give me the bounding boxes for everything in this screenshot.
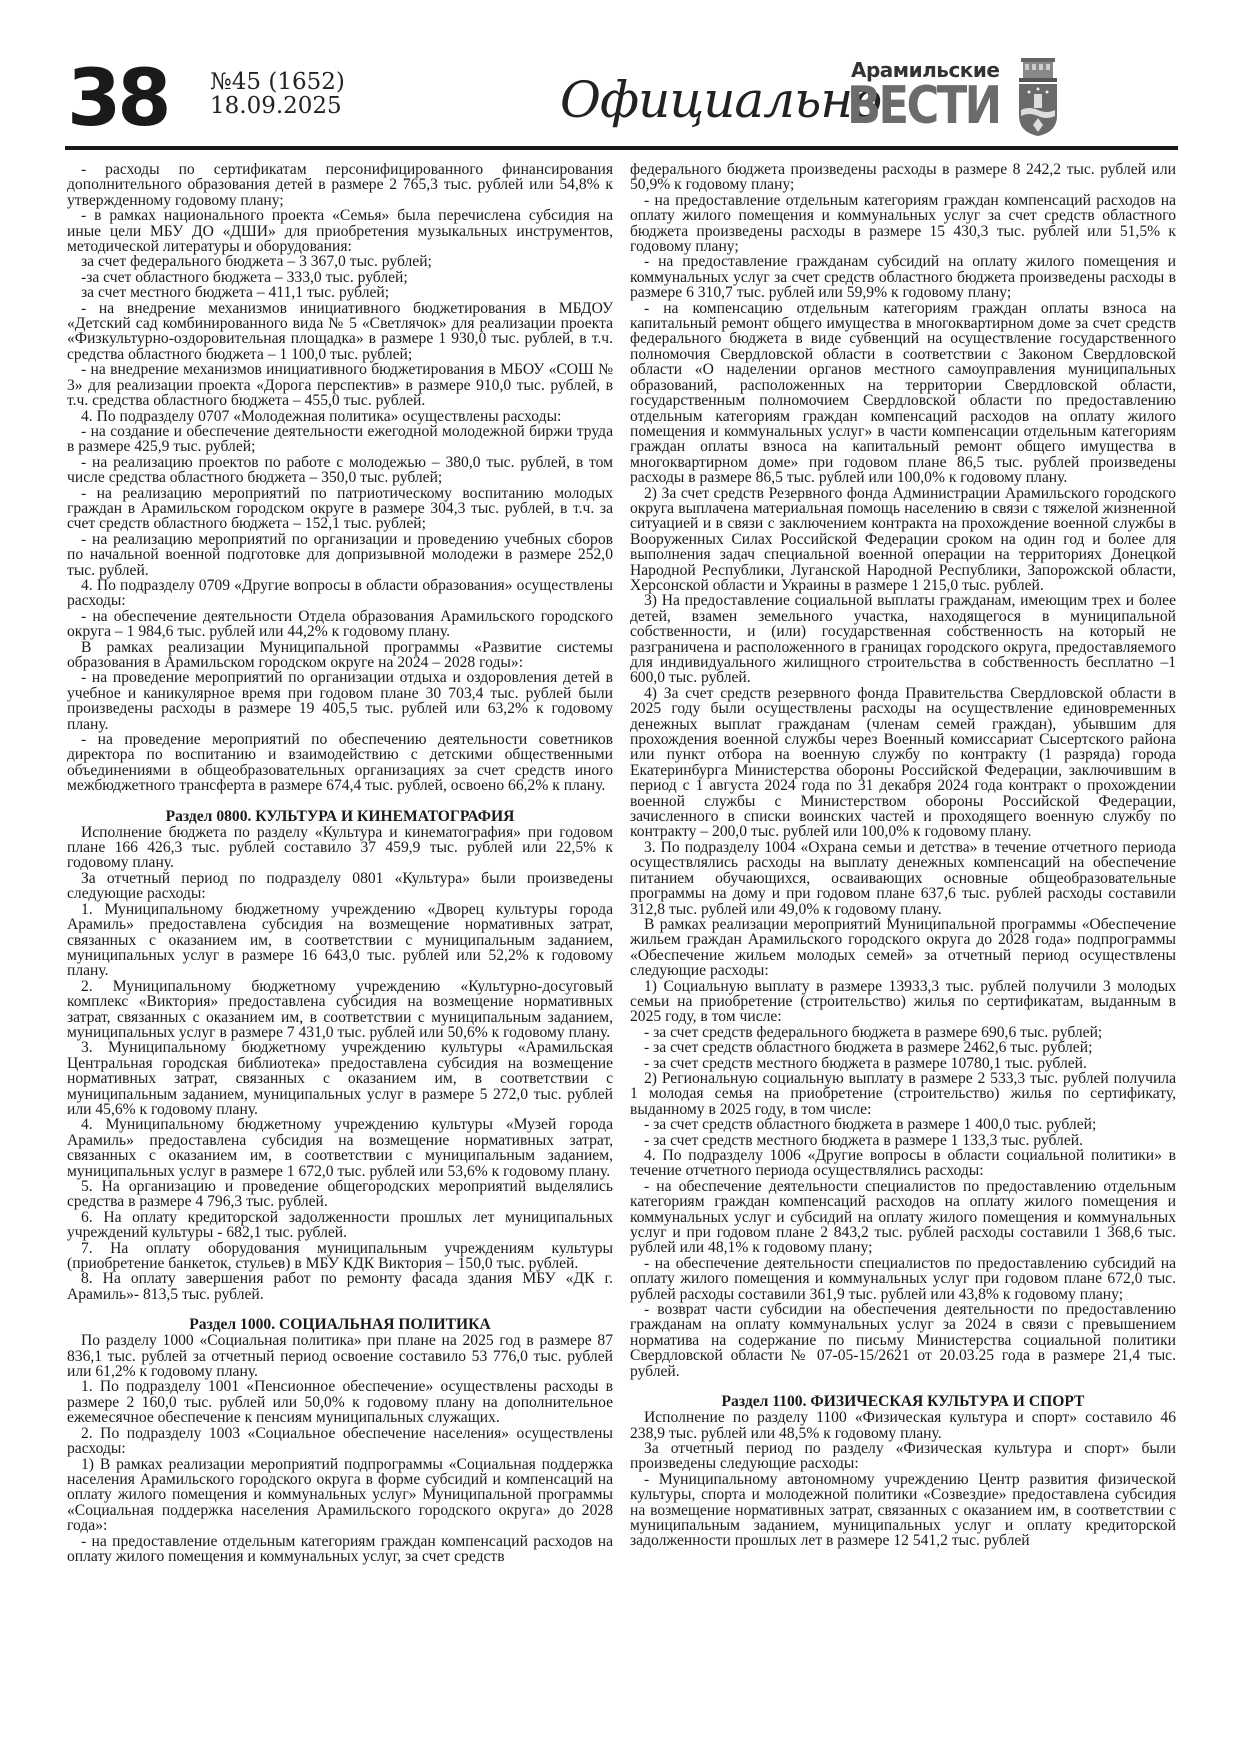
paragraph: - на реализацию проектов по работе с мол…	[67, 455, 613, 486]
paragraph: 4. По подразделу 0707 «Молодежная полити…	[67, 409, 613, 424]
paragraph: -за счет областного бюджета – 333,0 тыс.…	[67, 270, 613, 285]
paragraph: - на обеспечение деятельности специалист…	[630, 1179, 1176, 1256]
paragraph: За отчетный период по разделу «Физическа…	[630, 1441, 1176, 1472]
paragraph: - возврат части субсидии на обеспечения …	[630, 1302, 1176, 1379]
section-heading-0800: Раздел 0800. КУЛЬТУРА И КИНЕМАТОГРАФИЯ	[67, 809, 613, 825]
paragraph: Исполнение бюджета по разделу «Культура …	[67, 825, 613, 871]
paragraph: - на реализацию мероприятий по организац…	[67, 532, 613, 578]
paragraph: за счет местного бюджета – 411,1 тыс. ру…	[67, 285, 613, 300]
article-column-right: федерального бюджета произведены расходы…	[630, 162, 1176, 1549]
paragraph: 1) В рамках реализации мероприятий подпр…	[67, 1457, 613, 1534]
paragraph: 2. По подразделу 1003 «Социальное обеспе…	[67, 1426, 613, 1457]
paragraph: 1. Муниципальному бюджетному учреждению …	[67, 902, 613, 979]
paragraph: - на предоставление гражданам субсидий н…	[630, 254, 1176, 300]
issue-date: 18.09.2025	[210, 94, 345, 118]
paragraph: - за счет средств местного бюджета в раз…	[630, 1133, 1176, 1148]
paragraph: 4) За счет средств резервного фонда Прав…	[630, 686, 1176, 840]
paragraph: 4. По подразделу 0709 «Другие вопросы в …	[67, 578, 613, 609]
article-column-left: - расходы по сертификатам персонифициров…	[67, 162, 613, 1564]
paragraph: За отчетный период по подразделу 0801 «К…	[67, 871, 613, 902]
paragraph: - на проведение мероприятий по обеспечен…	[67, 732, 613, 794]
paragraph: 2) За счет средств Резервного фонда Адми…	[630, 486, 1176, 594]
paragraph: 2) Региональную социальную выплату в раз…	[630, 1071, 1176, 1117]
paragraph: - на внедрение механизмов инициативного …	[67, 301, 613, 363]
paragraph: - на обеспечение деятельности специалист…	[630, 1256, 1176, 1302]
paragraph: В рамках реализации Муниципальной програ…	[67, 640, 613, 671]
paragraph: - за счет средств областного бюджета в р…	[630, 1040, 1176, 1055]
paragraph: Исполнение по разделу 1100 «Физическая к…	[630, 1410, 1176, 1441]
paragraph: - за счет средств областного бюджета в р…	[630, 1117, 1176, 1132]
paragraph: - на реализацию мероприятий по патриотич…	[67, 486, 613, 532]
page-header: 38 №45 (1652) 18.09.2025 Официально Арам…	[65, 40, 1178, 150]
paragraph: - в рамках национального проекта «Семья»…	[67, 208, 613, 254]
issue-info: №45 (1652) 18.09.2025	[210, 70, 345, 118]
newspaper-logo: Арамильские ВЕСТИ	[847, 58, 1007, 138]
paragraph: 8. На оплату завершения работ по ремонту…	[67, 1271, 613, 1302]
paragraph: - на предоставление отдельным категориям…	[630, 193, 1176, 255]
paragraph: - на предоставление отдельным категориям…	[67, 1534, 613, 1565]
paragraph: 1. По подразделу 1001 «Пенсионное обеспе…	[67, 1379, 613, 1425]
paragraph: 6. На оплату кредиторской задолженности …	[67, 1210, 613, 1241]
paragraph: - за счет средств местного бюджета в раз…	[630, 1056, 1176, 1071]
paragraph: 7. На оплату оборудования муниципальным …	[67, 1241, 613, 1272]
paragraph: В рамках реализации мероприятий Муниципа…	[630, 917, 1176, 979]
paragraph: - Муниципальному автономному учреждению …	[630, 1472, 1176, 1549]
paragraph: - на обеспечение деятельности Отдела обр…	[67, 609, 613, 640]
section-heading-1000: Раздел 1000. СОЦИАЛЬНАЯ ПОЛИТИКА	[67, 1317, 613, 1333]
issue-number: №45 (1652)	[210, 70, 345, 94]
paragraph: 4. Муниципальному бюджетному учреждению …	[67, 1117, 613, 1179]
paragraph: 3. По подразделу 1004 «Охрана семьи и де…	[630, 840, 1176, 917]
paragraph: - на создание и обеспечение деятельности…	[67, 424, 613, 455]
paragraph: - на компенсацию отдельным категориям гр…	[630, 301, 1176, 486]
logo-main-text: ВЕСТИ	[847, 78, 999, 134]
header-rule	[65, 146, 1178, 150]
paragraph: 3) На предоставление социальной выплаты …	[630, 593, 1176, 685]
paragraph: 2. Муниципальному бюджетному учреждению …	[67, 979, 613, 1041]
paragraph: за счет федерального бюджета – 3 367,0 т…	[67, 254, 613, 269]
paragraph: 1) Социальную выплату в размере 13933,3 …	[630, 979, 1176, 1025]
paragraph: федерального бюджета произведены расходы…	[630, 162, 1176, 193]
paragraph: 4. По подразделу 1006 «Другие вопросы в …	[630, 1148, 1176, 1179]
section-heading-1100: Раздел 1100. ФИЗИЧЕСКАЯ КУЛЬТУРА И СПОРТ	[630, 1394, 1176, 1410]
coat-of-arms-icon	[1015, 54, 1061, 138]
paragraph: - за счет средств федерального бюджета в…	[630, 1025, 1176, 1040]
page-number: 38	[67, 60, 168, 138]
paragraph: - на проведение мероприятий по организац…	[67, 670, 613, 732]
paragraph: - расходы по сертификатам персонифициров…	[67, 162, 613, 208]
paragraph: По разделу 1000 «Социальная политика» пр…	[67, 1333, 613, 1379]
paragraph: 3. Муниципальному бюджетному учреждению …	[67, 1040, 613, 1117]
paragraph: - на внедрение механизмов инициативного …	[67, 362, 613, 408]
section-rubric: Официально	[560, 70, 881, 130]
paragraph: 5. На организацию и проведение общегород…	[67, 1179, 613, 1210]
